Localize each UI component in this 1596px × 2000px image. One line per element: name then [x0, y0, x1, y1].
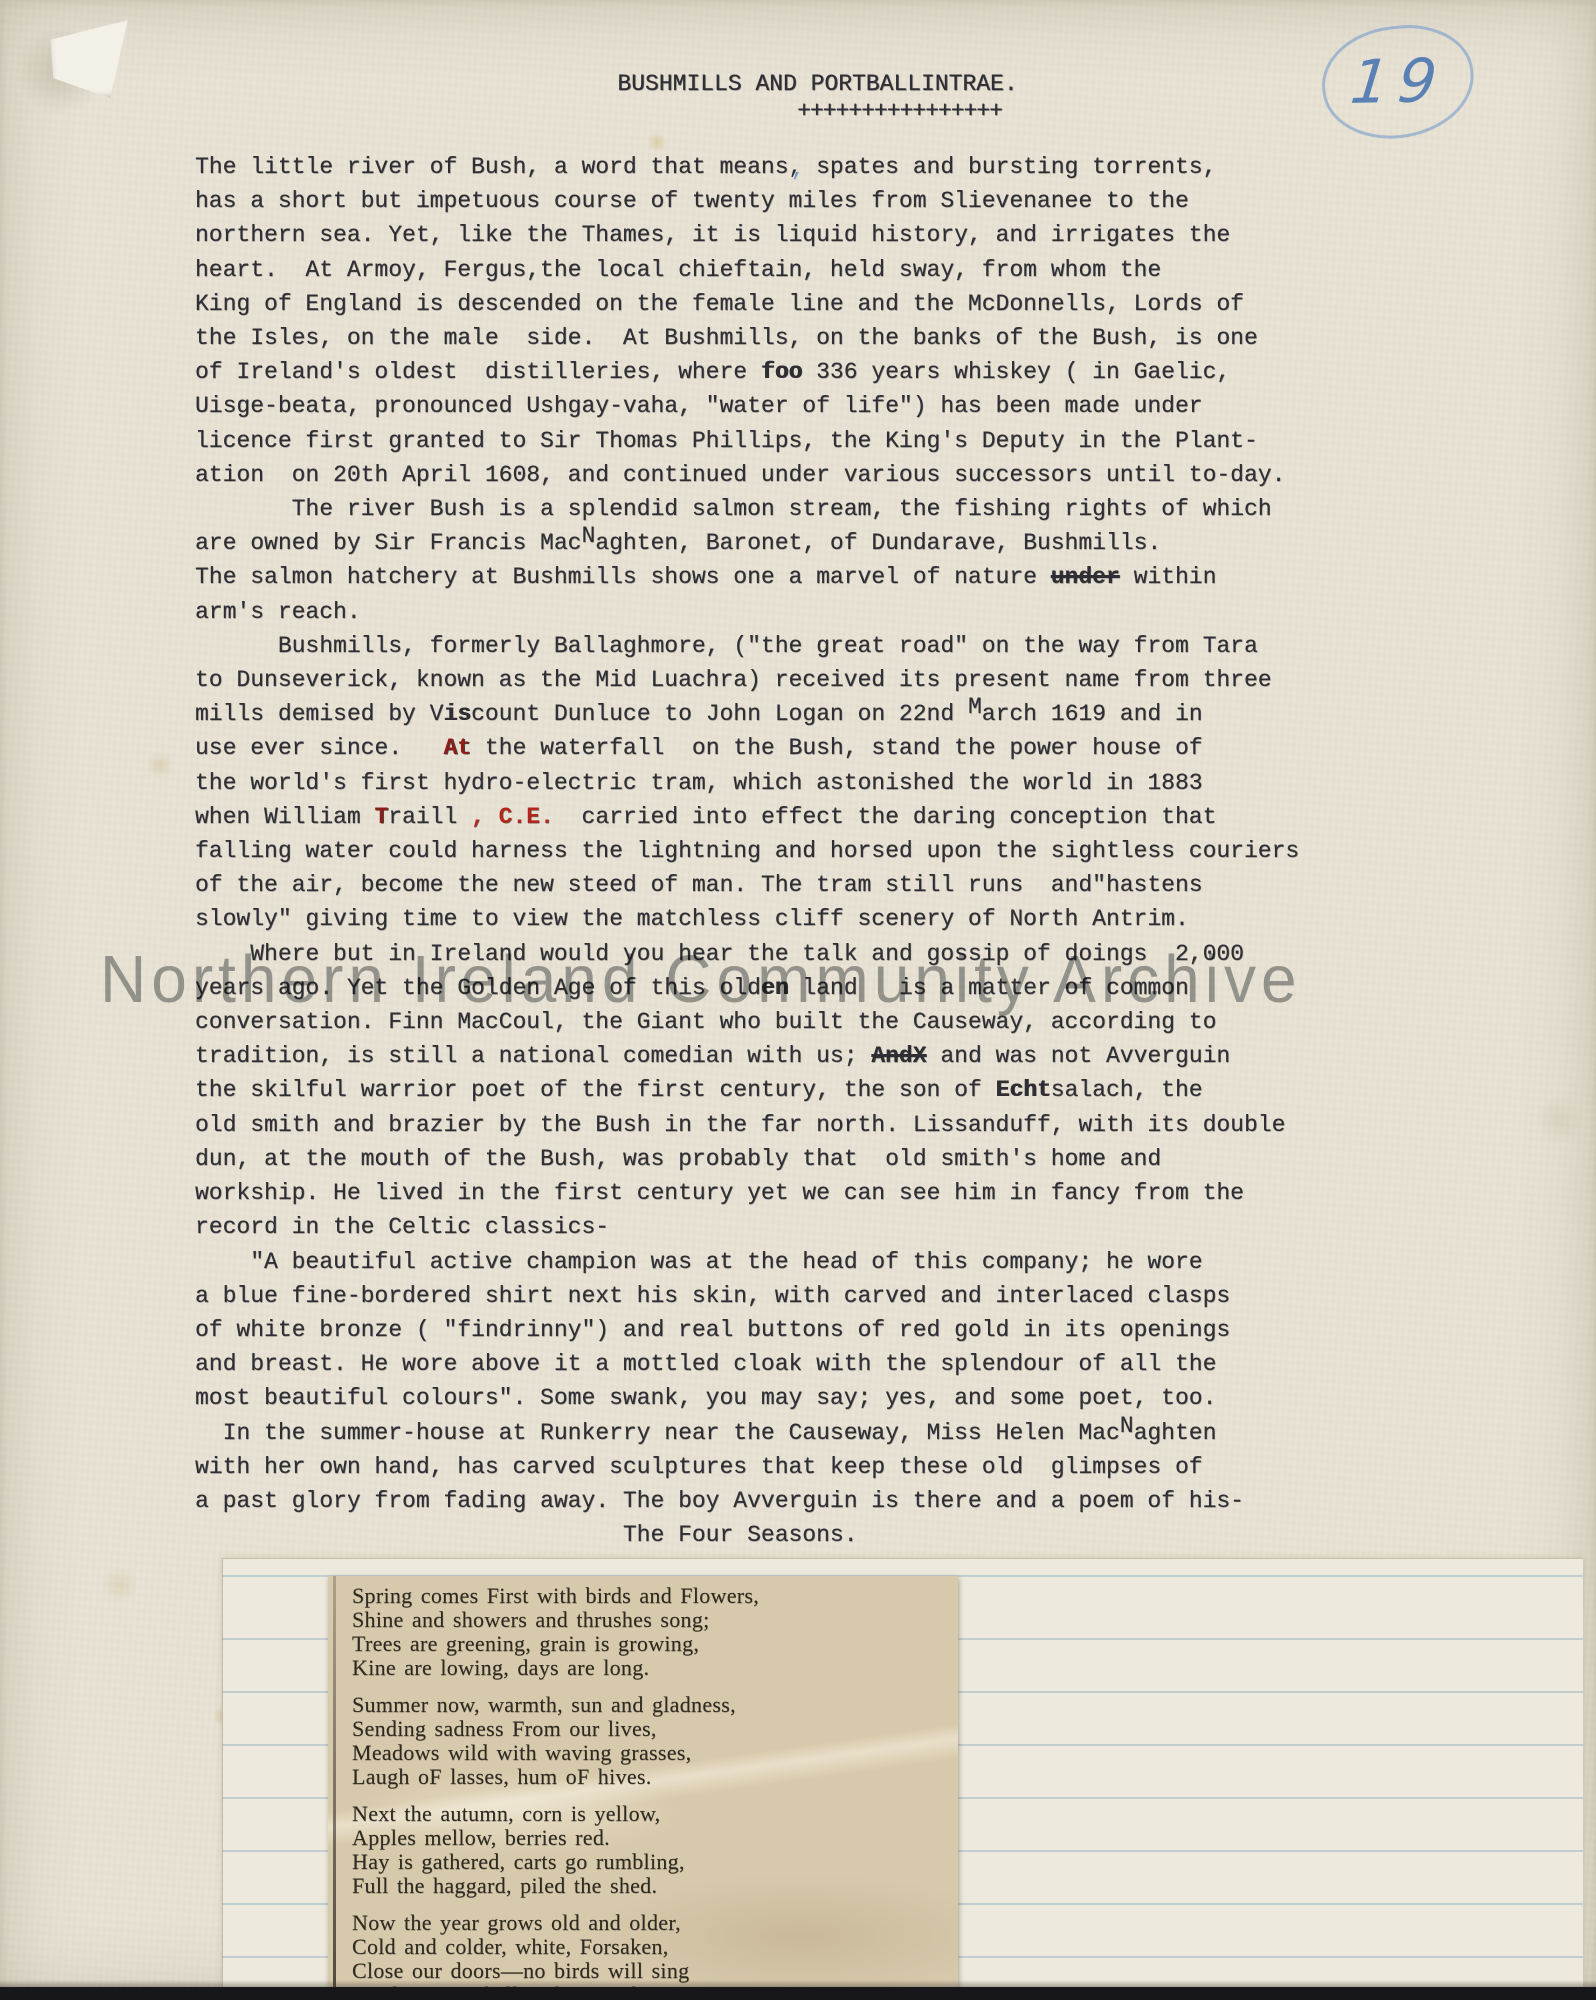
typed-line: The salmon hatchery at Bushmills shows o…: [195, 560, 1560, 594]
typed-paragraph: The Four Seasons.: [195, 1518, 1560, 1552]
typed-line: Bushmills, formerly Ballaghmore, ("the g…: [195, 629, 1560, 663]
typed-body: The little river of Bush, a word that me…: [195, 150, 1560, 1552]
typed-line: old smith and brazier by the Bush in the…: [195, 1108, 1560, 1142]
typed-line: the world's first hydro-electric tram, w…: [195, 766, 1560, 800]
typed-line: arm's reach.: [195, 595, 1560, 629]
clipping-line: Kine are lowing, days are long.: [352, 1656, 946, 1680]
typed-line: The Four Seasons.: [195, 1518, 1560, 1552]
typed-line: tradition, is still a national comedian …: [195, 1039, 1560, 1073]
typed-line: King of England is descended on the fema…: [195, 287, 1560, 321]
typed-line: licence first granted to Sir Thomas Phil…: [195, 424, 1560, 458]
typed-line: and breast. He wore above it a mottled c…: [195, 1347, 1560, 1381]
clipping-line: Apples mellow, berries red.: [352, 1826, 946, 1850]
typed-line: the skilful warrior poet of the first ce…: [195, 1073, 1560, 1107]
scan-edge-shadow: [0, 1980, 1596, 1987]
typed-line: dun, at the mouth of the Bush, was proba…: [195, 1142, 1560, 1176]
typed-line: of white bronze ( "findrinny") and real …: [195, 1313, 1560, 1347]
typed-line: to Dunseverick, known as the Mid Luachra…: [195, 663, 1560, 697]
typed-document: BUSHMILLS AND PORTBALLINTRAE. ++++++++++…: [195, 70, 1560, 1552]
clipping-line: Trees are greening, grain is growing,: [352, 1632, 946, 1656]
typed-paragraph: The river Bush is a splendid salmon stre…: [195, 492, 1560, 629]
typed-paragraph: Where but in Ireland would you hear the …: [195, 937, 1560, 1245]
clipping-stanza: Summer now, warmth, sun and gladness,Sen…: [352, 1693, 946, 1789]
clipping-line: Laugh oF lasses, hum oF hives.: [352, 1765, 946, 1789]
typed-line: record in the Celtic classics-: [195, 1210, 1560, 1244]
typed-line: slowly" giving time to view the matchles…: [195, 902, 1560, 936]
typed-line: of the air, become the new steed of man.…: [195, 868, 1560, 902]
typed-line: when William Traill , C.E. carried into …: [195, 800, 1560, 834]
typed-line: has a short but impetuous course of twen…: [195, 184, 1560, 218]
typed-paragraph: The little river of Bush, a word that me…: [195, 150, 1560, 492]
typed-paragraph: In the summer-house at Runkerry near the…: [195, 1416, 1560, 1519]
clipping-line: Full the haggard, piled the shed.: [352, 1874, 946, 1898]
clipping-line: Now the year grows old and older,: [352, 1911, 946, 1935]
typed-line: years ago. Yet the Golden Age of this ol…: [195, 971, 1560, 1005]
typed-line: a blue fine-bordered shirt next his skin…: [195, 1279, 1560, 1313]
clipping-line: Summer now, warmth, sun and gladness,: [352, 1693, 946, 1717]
page-number-annotation: 19: [1347, 46, 1449, 118]
page-title: BUSHMILLS AND PORTBALLINTRAE.: [135, 70, 1500, 98]
newspaper-clipping: Spring comes First with birds and Flower…: [328, 1576, 958, 2000]
typed-line: are owned by Sir Francis MacNaghten, Bar…: [195, 526, 1560, 560]
typed-line: most beautiful colours". Some swank, you…: [195, 1381, 1560, 1415]
typed-line: a past glory from fading away. The boy A…: [195, 1484, 1560, 1518]
typed-line: In the summer-house at Runkerry near the…: [195, 1416, 1560, 1450]
typed-line: Uisge-beata, pronounced Ushgay-vaha, "wa…: [195, 389, 1560, 423]
typed-line: The river Bush is a splendid salmon stre…: [195, 492, 1560, 526]
typed-line: with her own hand, has carved sculptures…: [195, 1450, 1560, 1484]
typed-paragraph: Bushmills, formerly Ballaghmore, ("the g…: [195, 629, 1560, 937]
scanned-page: BUSHMILLS AND PORTBALLINTRAE. ++++++++++…: [0, 0, 1596, 2000]
clipping-line: Cold and colder, white, Forsaken,: [352, 1935, 946, 1959]
typed-line: "A beautiful active champion was at the …: [195, 1245, 1560, 1279]
clipping-line: Meadows wild with waving grasses,: [352, 1741, 946, 1765]
typed-line: the Isles, on the male side. At Bushmill…: [195, 321, 1560, 355]
clipping-line: Shine and showers and thrushes song;: [352, 1608, 946, 1632]
clipping-line: Hay is gathered, carts go rumbling,: [352, 1850, 946, 1874]
clipping-line: Sending sadness From our lives,: [352, 1717, 946, 1741]
typed-line: use ever since. At the waterfall on the …: [195, 731, 1560, 765]
typed-line: The little river of Bush, a word that me…: [195, 150, 1560, 184]
clipping-line: Next the autumn, corn is yellow,: [352, 1802, 946, 1826]
typed-line: mills demised by Viscount Dunluce to Joh…: [195, 697, 1560, 731]
typed-line: conversation. Finn MacCoul, the Giant wh…: [195, 1005, 1560, 1039]
typed-line: heart. At Armoy, Fergus,the local chieft…: [195, 253, 1560, 287]
scan-edge-bottom: [0, 1987, 1596, 2000]
typed-line: workship. He lived in the first century …: [195, 1176, 1560, 1210]
clipping-line: Spring comes First with birds and Flower…: [352, 1584, 946, 1608]
typed-line: northern sea. Yet, like the Thames, it i…: [195, 218, 1560, 252]
clipping-stanza: Spring comes First with birds and Flower…: [352, 1584, 946, 1680]
typed-line: falling water could harness the lightnin…: [195, 834, 1560, 868]
typed-paragraph: "A beautiful active champion was at the …: [195, 1245, 1560, 1416]
typed-line: Where but in Ireland would you hear the …: [195, 937, 1560, 971]
typed-line: of Ireland's oldest distilleries, where …: [195, 355, 1560, 389]
typed-line: ation on 20th April 1608, and continued …: [195, 458, 1560, 492]
clipping-text: Spring comes First with birds and Flower…: [352, 1584, 946, 2000]
clipping-stanza: Next the autumn, corn is yellow,Apples m…: [352, 1802, 946, 1898]
